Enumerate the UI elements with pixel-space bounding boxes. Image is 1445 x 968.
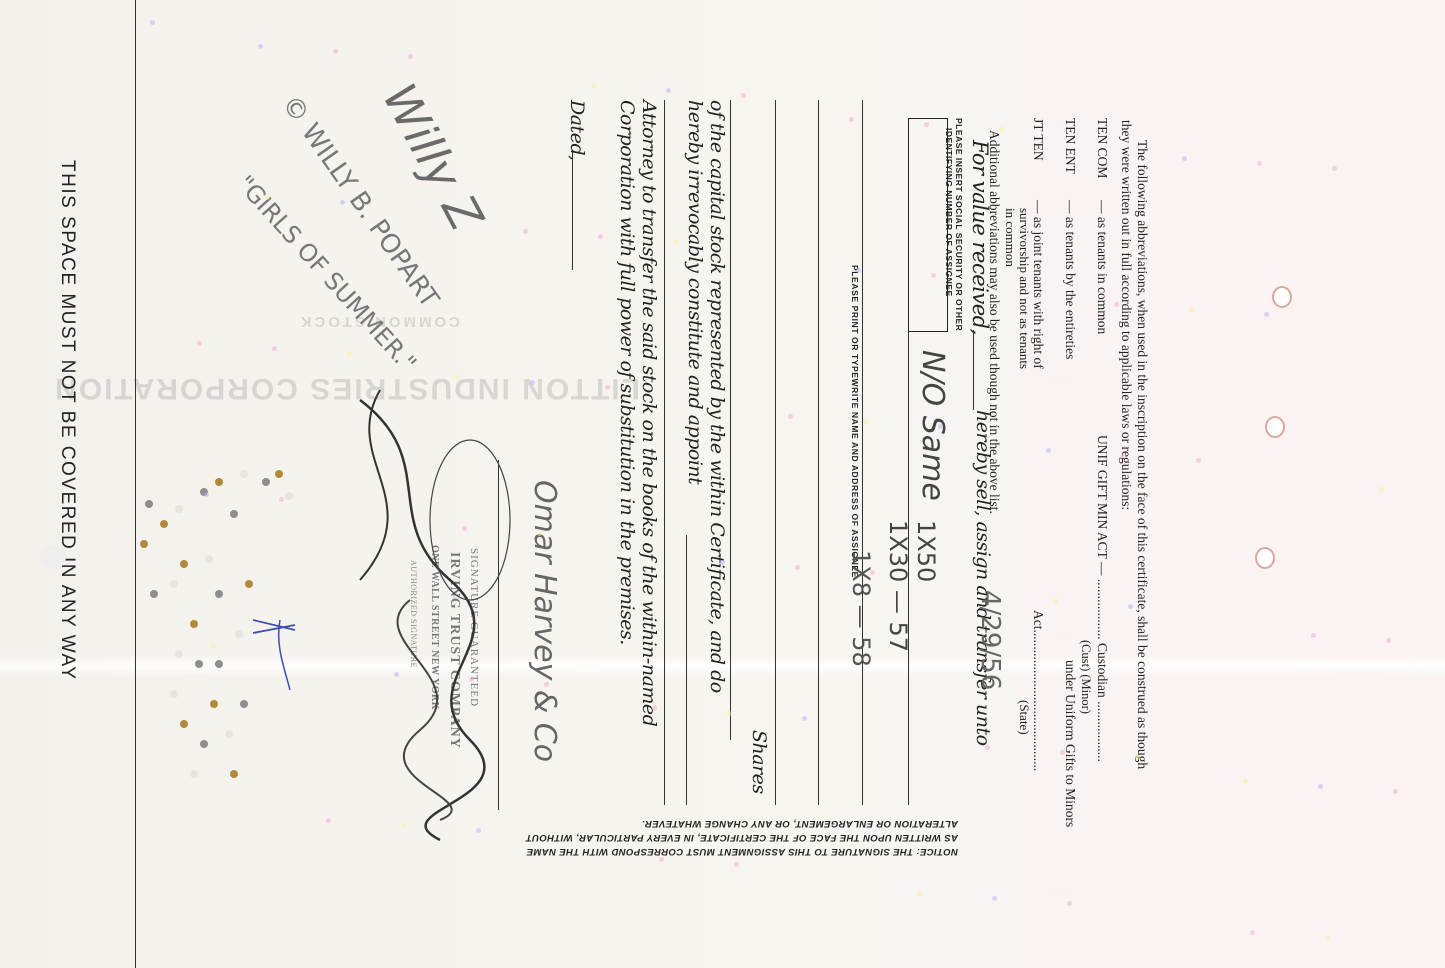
paper-speckle bbox=[1046, 448, 1051, 453]
perforation-dot bbox=[215, 478, 223, 486]
perforation-dot bbox=[240, 470, 248, 478]
notice-line-3: ALTERATION OR ENLARGEMENT, OR ANY CHANGE… bbox=[518, 816, 958, 830]
paper-speckle bbox=[1379, 487, 1384, 492]
paper-speckle bbox=[347, 351, 352, 356]
paper-speckle bbox=[333, 49, 338, 54]
paper-speckle bbox=[652, 706, 657, 711]
paper-speckle bbox=[150, 20, 155, 25]
attorney-line bbox=[686, 535, 687, 805]
for-value-rule bbox=[973, 330, 974, 410]
perforation-dot bbox=[230, 510, 238, 518]
handwritten-number-a: 1X50 bbox=[912, 520, 940, 582]
paper-speckle bbox=[591, 83, 596, 88]
perforation-dot bbox=[262, 478, 270, 486]
paper-speckle bbox=[326, 818, 331, 823]
paper-speckle bbox=[1189, 307, 1194, 312]
paper-speckle bbox=[917, 891, 922, 896]
paper-speckle bbox=[1135, 755, 1140, 760]
perforation-dot bbox=[230, 770, 238, 778]
paper-speckle bbox=[659, 857, 664, 862]
shares-label: Shares bbox=[748, 730, 770, 794]
abbrev-jt-ten-meaning-3: in common bbox=[1002, 208, 1018, 267]
notice-line-1: NOTICE: THE SIGNATURE TO THIS ASSIGNMENT… bbox=[518, 844, 958, 858]
cust-minor-labels: (Cust) (Minor) bbox=[1078, 640, 1093, 714]
perforation-dot bbox=[200, 740, 208, 748]
perforation-dot bbox=[160, 520, 168, 528]
perforation-dot bbox=[180, 720, 188, 728]
print-name-label: PLEASE PRINT OR TYPEWRITE NAME AND ADDRE… bbox=[850, 265, 860, 578]
abbrev-ten-ent: TEN ENT bbox=[1062, 118, 1078, 174]
paper-speckle bbox=[849, 117, 854, 122]
paper-speckle bbox=[455, 375, 460, 380]
paper-speckle bbox=[1182, 156, 1187, 161]
act-line: Act.....................................… bbox=[1030, 610, 1046, 771]
perforation-dot bbox=[285, 492, 293, 500]
handwritten-date: 4/29/56 bbox=[975, 590, 1005, 690]
shares-line bbox=[730, 100, 731, 740]
margin-notice: THIS SPACE MUST NOT BE COVERED IN ANY WA… bbox=[56, 160, 78, 680]
perforation-dot bbox=[175, 505, 183, 513]
paper-speckle bbox=[666, 88, 671, 93]
binder-hole-3 bbox=[1255, 547, 1275, 569]
paper-speckle bbox=[863, 419, 868, 424]
paper-speckle bbox=[1257, 161, 1262, 166]
paper-speckle bbox=[605, 385, 610, 390]
abbrev-ten-com: TEN COM bbox=[1094, 118, 1110, 178]
paper-speckle bbox=[401, 823, 406, 828]
paper-speckle bbox=[795, 565, 800, 570]
perforation-dot bbox=[170, 690, 178, 698]
abbrev-ten-ent-meaning: — as tenants by the entireties bbox=[1062, 200, 1078, 359]
sell-assign-transfer: hereby sell, assign and transfer unto bbox=[972, 410, 994, 746]
attorney-line-2 bbox=[664, 100, 665, 805]
abbrev-intro-1: The following abbreviations, when used i… bbox=[1134, 140, 1150, 769]
handwritten-number-b: 1X30 — 57 bbox=[884, 520, 912, 652]
pencil-inscription-name: Willy Z bbox=[372, 75, 493, 239]
paper-speckle bbox=[1386, 638, 1391, 643]
paper-speckle bbox=[741, 93, 746, 98]
paper-speckle bbox=[462, 526, 467, 531]
paper-speckle bbox=[1311, 633, 1316, 638]
paper-speckle bbox=[258, 44, 263, 49]
paper-speckle bbox=[544, 682, 549, 687]
name-line-2 bbox=[862, 100, 863, 805]
paper-speckle bbox=[734, 862, 739, 867]
perforation-dot bbox=[170, 580, 178, 588]
punch-hole-margin bbox=[40, 545, 66, 569]
paper-speckle bbox=[394, 672, 399, 677]
authorized-signature-scrawl bbox=[320, 380, 520, 860]
handwritten-number-c: 1X8 — 58 bbox=[847, 550, 875, 667]
perforation-dot bbox=[215, 660, 223, 668]
perforation-dot bbox=[225, 730, 233, 738]
perforation-dot bbox=[180, 560, 188, 568]
paper-speckle bbox=[1060, 750, 1065, 755]
paper-speckle bbox=[1332, 166, 1337, 171]
perforation-dot bbox=[215, 590, 223, 598]
paper-speckle bbox=[938, 424, 943, 429]
paper-speckle bbox=[476, 828, 481, 833]
paper-speckle bbox=[523, 229, 528, 234]
margin-rule bbox=[135, 0, 136, 968]
perforation-dot bbox=[235, 630, 243, 638]
dated-label: Dated, bbox=[566, 100, 588, 161]
paper-speckle bbox=[1393, 789, 1398, 794]
abbrev-jt-ten-meaning: — as joint tenants with right of bbox=[1030, 200, 1046, 369]
under-uniform-gifts: under Uniform Gifts to Minors bbox=[1062, 660, 1078, 827]
paper-speckle bbox=[1318, 784, 1323, 789]
unif-gift-min-act: UNIF GIFT MIN ACT — .................. C… bbox=[1094, 435, 1110, 762]
paper-speckle bbox=[856, 268, 861, 273]
perforation-dot bbox=[190, 620, 198, 628]
paper-speckle bbox=[720, 560, 725, 565]
corporation-text: Corporation with full power of substitut… bbox=[616, 100, 638, 645]
binder-hole-1 bbox=[1272, 286, 1292, 308]
for-value-received: For value received, bbox=[968, 140, 992, 335]
paper-speckle bbox=[727, 711, 732, 716]
paper-speckle bbox=[1053, 599, 1058, 604]
paper-speckle bbox=[870, 570, 875, 575]
ssn-input-box[interactable] bbox=[908, 118, 948, 332]
abbrev-ten-com-meaning: — as tenants in common bbox=[1094, 200, 1110, 334]
paper-speckle bbox=[992, 896, 997, 901]
state-label: (State) bbox=[1016, 700, 1032, 735]
paper-speckle bbox=[197, 341, 202, 346]
perforation-dot bbox=[190, 770, 198, 778]
address-line-1 bbox=[818, 100, 819, 805]
paper-speckle bbox=[924, 122, 929, 127]
irrevocably-text: hereby irrevocably constitute and appoin… bbox=[684, 100, 706, 484]
paper-speckle bbox=[265, 195, 270, 200]
paper-speckle bbox=[931, 273, 936, 278]
paper-speckle bbox=[598, 234, 603, 239]
paper-speckle bbox=[1325, 935, 1330, 940]
paper-speckle bbox=[788, 414, 793, 419]
perforation-dot bbox=[275, 470, 283, 478]
handwritten-assignee: N/O Same bbox=[915, 350, 950, 501]
paper-speckle bbox=[1128, 604, 1133, 609]
ssn-label-1: PLEASE INSERT SOCIAL SECURITY OR OTHER bbox=[954, 118, 964, 331]
paper-speckle bbox=[408, 54, 413, 59]
paper-speckle bbox=[1250, 930, 1255, 935]
perforation-dot bbox=[205, 555, 213, 563]
paper-speckle bbox=[469, 677, 474, 682]
perforation-dot bbox=[195, 660, 203, 668]
perforation-dot bbox=[140, 540, 148, 548]
abbrev-jt-ten-meaning-2: survivorship and not as tenants bbox=[1016, 208, 1032, 369]
paper-speckle bbox=[204, 492, 209, 497]
paper-speckle bbox=[537, 531, 542, 536]
paper-speckle bbox=[340, 200, 345, 205]
blue-pen-mark bbox=[250, 615, 300, 695]
perforation-dot bbox=[245, 580, 253, 588]
handwritten-signature: Omar Harvey & Co bbox=[527, 480, 562, 762]
perforation-dot bbox=[210, 700, 218, 708]
paper-speckle bbox=[1067, 901, 1072, 906]
paper-speckle bbox=[999, 127, 1004, 132]
perforation-dot bbox=[150, 590, 158, 598]
perforation-dot bbox=[145, 500, 153, 508]
paper-speckle bbox=[1121, 453, 1126, 458]
paper-speckle bbox=[802, 716, 807, 721]
signature-notice: NOTICE: THE SIGNATURE TO THIS ASSIGNMENT… bbox=[518, 816, 958, 858]
paper-speckle bbox=[272, 346, 277, 351]
dated-line bbox=[572, 152, 573, 270]
abbrev-intro-2: they were written out in full according … bbox=[1118, 120, 1134, 510]
notice-line-2: AS WRITTEN UPON THE FACE OF THE CERTIFIC… bbox=[518, 830, 958, 844]
certificate-back: COMMON STOCK LITTON INDUSTRIES CORPORATI… bbox=[0, 0, 1445, 968]
binder-hole-2 bbox=[1265, 416, 1285, 438]
paper-speckle bbox=[1114, 302, 1119, 307]
attorney-text: Attorney to transfer the said stock on t… bbox=[638, 100, 660, 726]
paper-speckle bbox=[530, 380, 535, 385]
paper-speckle bbox=[673, 239, 678, 244]
paper-speckle bbox=[1196, 458, 1201, 463]
perforation-dot bbox=[240, 700, 248, 708]
paper-speckle bbox=[1264, 312, 1269, 317]
paper-speckle bbox=[985, 745, 990, 750]
paper-speckle bbox=[1243, 779, 1248, 784]
perforation-dot bbox=[175, 650, 183, 658]
abbrev-jt-ten: JT TEN bbox=[1030, 118, 1046, 161]
paper-speckle bbox=[279, 497, 284, 502]
capital-stock-text: of the capital stock represented by the … bbox=[706, 100, 728, 693]
paper-speckle bbox=[211, 643, 216, 648]
address-line-2 bbox=[775, 100, 776, 805]
